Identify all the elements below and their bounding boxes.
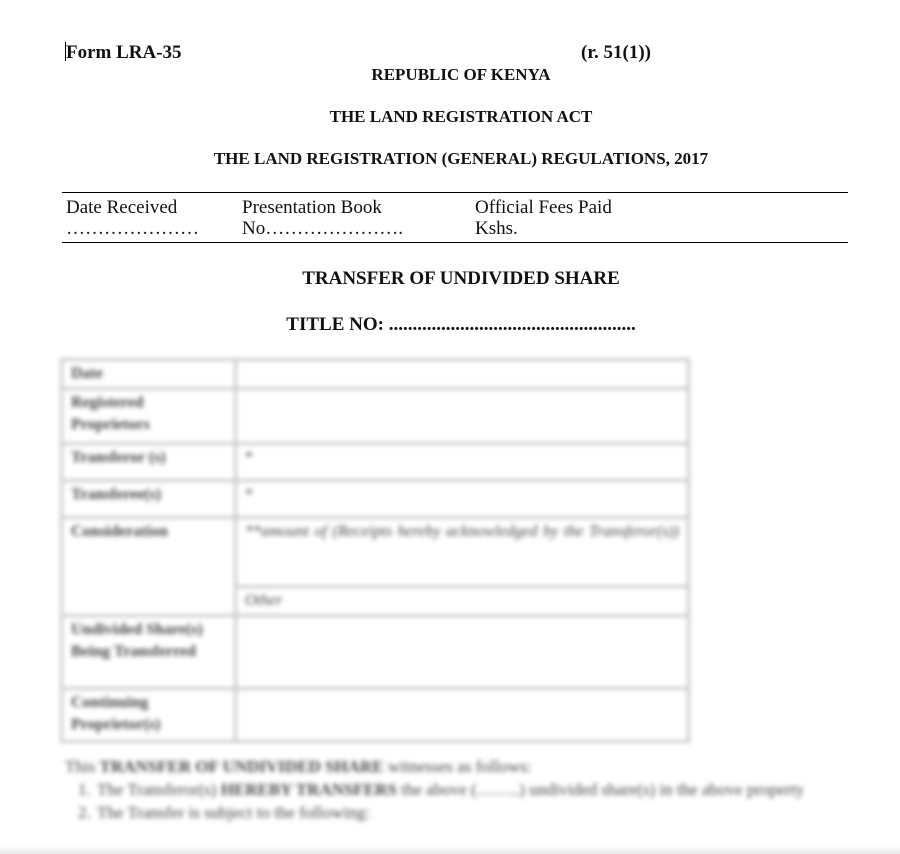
presentation-book-label: Presentation Book <box>242 197 403 218</box>
table-row: Transferor (s) * <box>62 444 689 481</box>
row-label-continuing-proprietors: Continuing Proprietor(s) <box>62 689 236 742</box>
row-value-transferee[interactable]: * <box>236 481 689 518</box>
row-value-date[interactable] <box>236 360 689 389</box>
item-suffix: the above (……..) undivided share(s) in t… <box>397 780 804 799</box>
rule-reference: (r. 51(1)) <box>581 42 651 64</box>
divider-top <box>62 192 848 193</box>
row-value-continuing-proprietors[interactable] <box>236 689 689 742</box>
intro-prefix: This <box>65 757 99 776</box>
table-row: Undivided Share(s) Being Transferred <box>62 616 689 689</box>
item-bold: HEREBY TRANSFERS <box>221 780 397 799</box>
row-value-registered-proprietors[interactable] <box>236 389 689 444</box>
row-label-consideration: Consideration <box>62 518 236 616</box>
list-item: The Transfer is subject to the following… <box>95 801 805 824</box>
row-value-undivided-shares[interactable] <box>236 616 689 689</box>
row-label-transferee: Transferee(s) <box>62 481 236 518</box>
form-number-text: Form LRA-35 <box>66 42 182 63</box>
table-row: Date <box>62 360 689 389</box>
official-fees-label: Official Fees Paid <box>475 197 612 218</box>
page-edge-shadow <box>0 846 900 854</box>
row-value-consideration[interactable]: **amount of (Receipts hereby acknowledge… <box>236 518 689 587</box>
presentation-book-field[interactable]: Presentation Book No…………………. <box>242 197 403 239</box>
document-title: TRANSFER OF UNDIVIDED SHARE <box>0 268 900 290</box>
official-fees-value: Kshs. <box>475 218 612 239</box>
heading-act: THE LAND REGISTRATION ACT <box>0 107 900 127</box>
row-label-registered-proprietors: Registered Proprietors <box>62 389 236 444</box>
row-label-date: Date <box>62 360 236 389</box>
heading-republic: REPUBLIC OF KENYA <box>0 65 900 85</box>
date-received-field[interactable]: Date Received ………………… <box>66 197 199 239</box>
item-prefix: The Transferor(s) <box>97 780 221 799</box>
date-received-label: Date Received <box>66 197 199 218</box>
divider-bottom <box>62 242 848 243</box>
table-row: Continuing Proprietor(s) <box>62 689 689 742</box>
row-value-consideration-other[interactable]: Other <box>236 587 689 616</box>
intro-bold: TRANSFER OF UNDIVIDED SHARE <box>99 757 383 776</box>
transfer-particulars-table: Date Registered Proprietors Transferor (… <box>60 358 690 743</box>
row-label-undivided-shares: Undivided Share(s) Being Transferred <box>62 616 236 689</box>
list-item: The Transferor(s) HEREBY TRANSFERS the a… <box>95 778 805 801</box>
date-received-value: ………………… <box>66 218 199 239</box>
official-fees-field[interactable]: Official Fees Paid Kshs. <box>475 197 612 239</box>
witnesses-list: The Transferor(s) HEREBY TRANSFERS the a… <box>65 778 805 824</box>
item-prefix: The Transfer is subject to the following… <box>97 803 370 822</box>
title-number[interactable]: TITLE NO: ..............................… <box>0 314 900 336</box>
table-row: Consideration **amount of (Receipts here… <box>62 518 689 587</box>
title-number-label: TITLE NO <box>286 314 377 335</box>
table-row: Registered Proprietors <box>62 389 689 444</box>
heading-regulations: THE LAND REGISTRATION (GENERAL) REGULATI… <box>0 149 900 169</box>
presentation-book-value: No…………………. <box>242 218 403 239</box>
row-label-transferor: Transferor (s) <box>62 444 236 481</box>
witnesses-paragraph: This TRANSFER OF UNDIVIDED SHARE witness… <box>65 755 805 824</box>
row-value-transferor[interactable]: * <box>236 444 689 481</box>
title-number-value: : ......................................… <box>378 314 636 335</box>
witnesses-intro: This TRANSFER OF UNDIVIDED SHARE witness… <box>65 755 805 778</box>
intro-suffix: witnesses as follows: <box>384 757 532 776</box>
table-row: Transferee(s) * <box>62 481 689 518</box>
form-number: Form LRA-35 <box>65 42 182 64</box>
